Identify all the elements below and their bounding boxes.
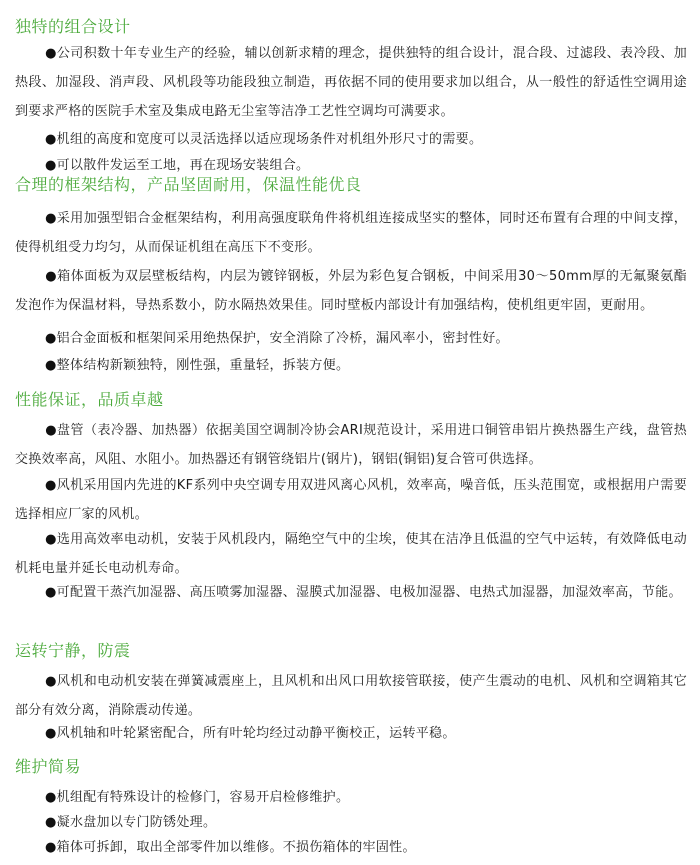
section-title-unique-design: 独特的组合设计 bbox=[15, 14, 131, 37]
bullet-icon: ● bbox=[45, 840, 57, 855]
section-title-performance: 性能保证，品质卓越 bbox=[15, 387, 164, 410]
bullet-paragraph: ●盘管（表冷器、加热器）依据美国空调制冷协会ARI规范设计，采用进口铜管串铝片换… bbox=[15, 416, 687, 474]
bullet-paragraph: ●铝合金面板和框架间采用绝热保护，安全消除了冷桥，漏风率小，密封性好。 bbox=[15, 324, 687, 353]
bullet-paragraph: ●风机和电动机安装在弹簧减震座上，且风机和出风口用软接管联接，使产生震动的电机、… bbox=[15, 667, 687, 725]
bullet-paragraph: ●风机轴和叶轮紧密配合，所有叶轮均经过动静平衡校正，运转平稳。 bbox=[15, 719, 687, 748]
bullet-paragraph: ●箱体面板为双层壁板结构，内层为镀锌钢板，外层为彩色复合钢板，中间采用30～50… bbox=[15, 262, 687, 320]
section-title-quiet-operation: 运转宁静，防震 bbox=[15, 638, 131, 661]
bullet-icon: ● bbox=[45, 358, 57, 373]
bullet-icon: ● bbox=[45, 585, 57, 600]
bullet-icon: ● bbox=[45, 158, 57, 173]
bullet-icon: ● bbox=[45, 674, 57, 689]
bullet-paragraph: ●风机采用国内先进的KF系列中央空调专用双进风离心风机，效率高，噪音低，压头范围… bbox=[15, 471, 687, 529]
bullet-icon: ● bbox=[45, 478, 57, 493]
bullet-icon: ● bbox=[45, 790, 57, 805]
bullet-icon: ● bbox=[45, 211, 57, 226]
bullet-icon: ● bbox=[45, 269, 57, 284]
bullet-paragraph: ●整体结构新颖独特，刚性强，重量轻，拆装方便。 bbox=[15, 351, 687, 380]
bullet-icon: ● bbox=[45, 132, 57, 147]
section-title-easy-maintenance: 维护简易 bbox=[15, 754, 81, 777]
bullet-paragraph: ●采用加强型铝合金框架结构，利用高强度联角件将机组连接成坚实的整体，同时还布置有… bbox=[15, 204, 687, 262]
bullet-paragraph: ●可配置干蒸汽加湿器、高压喷雾加湿器、湿膜式加湿器、电极加湿器、电热式加湿器，加… bbox=[15, 578, 687, 607]
bullet-icon: ● bbox=[45, 815, 57, 830]
bullet-paragraph: ●机组的高度和宽度可以灵活选择以适应现场条件对机组外形尺寸的需要。 bbox=[15, 125, 687, 154]
bullet-icon: ● bbox=[45, 726, 57, 741]
bullet-icon: ● bbox=[45, 532, 57, 547]
bullet-paragraph: ●选用高效率电动机，安装于风机段内，隔绝空气中的尘埃，使其在洁净且低温的空气中运… bbox=[15, 525, 687, 583]
bullet-paragraph: ●公司积数十年专业生产的经验，辅以创新求精的理念，提供独特的组合设计，混合段、过… bbox=[15, 39, 687, 126]
bullet-icon: ● bbox=[45, 423, 57, 438]
bullet-icon: ● bbox=[45, 331, 57, 346]
bullet-paragraph: ●箱体可拆卸，取出全部零件加以维修。不损伤箱体的牢固性。 bbox=[15, 833, 687, 862]
bullet-icon: ● bbox=[45, 46, 57, 61]
section-title-frame-structure: 合理的框架结构，产品坚固耐用，保温性能优良 bbox=[15, 172, 362, 195]
